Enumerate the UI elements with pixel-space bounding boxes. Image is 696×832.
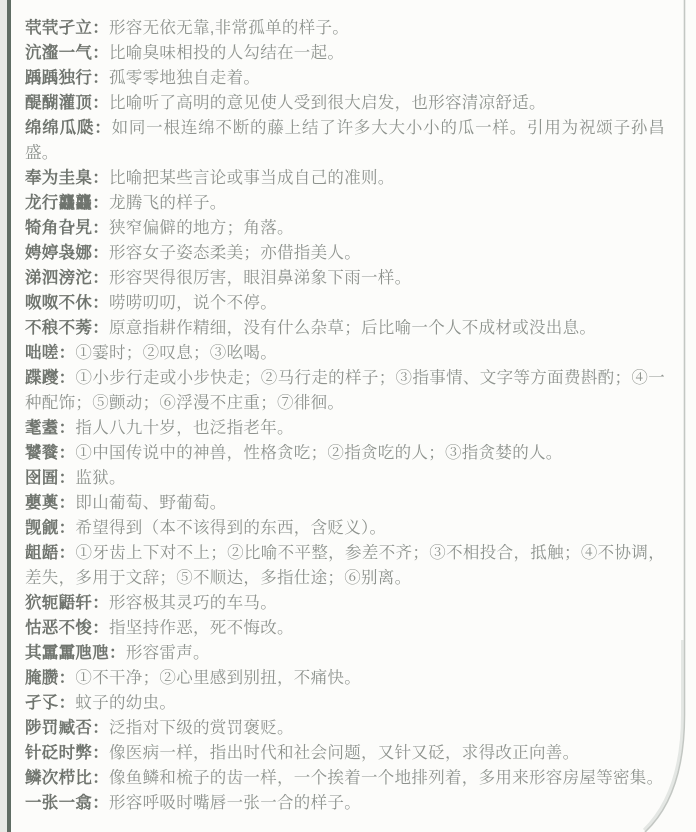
glossary-entry: 觊觎：希望得到（本不该得到的东西，含贬义）。 — [25, 516, 665, 541]
entry-term: 呶呶不休： — [25, 294, 109, 312]
glossary-entry: 醍醐灌顶：比喻听了高明的意见使人受到很大启发，也形容清凉舒适。 — [25, 91, 665, 116]
glossary-entry: 针砭时弊：像医病一样，指出时代和社会问题，又针又砭，求得改正向善。 — [25, 741, 665, 766]
entry-term: 饕餮： — [25, 444, 75, 462]
entry-definition: 指人八九十岁，也泛指老年。 — [75, 419, 293, 437]
entry-definition: 形容呼吸时嘴唇一张一合的样子。 — [109, 794, 361, 812]
left-margin-strip — [0, 0, 7, 832]
entry-definition: 狭窄偏僻的地方；角落。 — [109, 219, 294, 237]
glossary-entry: 耄耋：指人八九十岁，也泛指老年。 — [25, 416, 665, 441]
entry-term: 醍醐灌顶： — [25, 94, 109, 112]
entry-definition: 形容无依无靠,非常孤单的样子。 — [109, 19, 349, 37]
glossary-entry: 呶呶不休：唠唠叨叨，说个不停。 — [25, 291, 665, 316]
glossary-entry: 囹圄：监狱。 — [25, 466, 665, 491]
entry-term: 踽踽独行： — [25, 69, 109, 87]
glossary-entry: 饕餮：①中国传说中的神兽，性格贪吃；②指贪吃的人；③指贪婪的人。 — [25, 441, 665, 466]
glossary-entry: 不稂不莠：原意指耕作精细，没有什么杂草；后比喻一个人不成材或没出息。 — [25, 316, 665, 341]
entry-definition: 像医病一样，指出时代和社会问题，又针又砭，求得改正向善。 — [109, 744, 579, 762]
glossary-page: 茕茕孑立：形容无依无靠,非常孤单的样子。沆瀣一气：比喻臭味相投的人勾结在一起。踽… — [11, 0, 696, 832]
entry-definition: 比喻把某些言论或事当成自己的准则。 — [109, 169, 395, 187]
glossary-entry: 怙恶不悛：指坚持作恶，死不悔改。 — [25, 616, 665, 641]
entry-term: 孑孓： — [25, 694, 75, 712]
glossary-entry: 狖轭鼯轩：形容极其灵巧的车马。 — [25, 591, 665, 616]
entry-definition: ①小步行走或小步快走；②马行走的样子；③指事情、文字等方面费斟酌；④一种配饰；⑤… — [25, 369, 665, 412]
entry-term: 犄角旮旯： — [25, 219, 109, 237]
entry-term: 蹀躞： — [25, 369, 76, 387]
screenshot-root: 茕茕孑立：形容无依无靠,非常孤单的样子。沆瀣一气：比喻臭味相投的人勾结在一起。踽… — [0, 0, 696, 832]
glossary-entry: 奉为圭臬：比喻把某些言论或事当成自己的准则。 — [25, 166, 665, 191]
glossary-entry: 踽踽独行：孤零零地独自走着。 — [25, 66, 665, 91]
entry-definition: ①牙齿上下对不上；②比喻不平整，参差不齐；③不相投合，抵触；④不协调，差失，多用… — [25, 544, 665, 587]
entry-definition: 原意指耕作精细，没有什么杂草；后比喻一个人不成材或没出息。 — [109, 319, 596, 337]
glossary-entry: 涕泗滂沱：形容哭得很厉害，眼泪鼻涕象下雨一样。 — [25, 266, 665, 291]
entry-term: 奉为圭臬： — [25, 169, 109, 187]
entry-definition: 泛指对下级的赏罚褒贬。 — [109, 719, 294, 737]
entry-term: 沆瀣一气： — [25, 44, 109, 62]
entry-definition: 形容极其灵巧的车马。 — [109, 594, 277, 612]
entry-term: 茕茕孑立： — [25, 19, 109, 37]
entry-term: 觊觎： — [25, 519, 75, 537]
entry-term: 不稂不莠： — [25, 319, 109, 337]
glossary-entry: 陟罚臧否：泛指对下级的赏罚褒贬。 — [25, 716, 665, 741]
entry-definition: 孤零零地独自走着。 — [109, 69, 260, 87]
glossary-entry: 龃龉：①牙齿上下对不上；②比喻不平整，参差不齐；③不相投合，抵触；④不协调，差失… — [25, 541, 665, 591]
entry-term: 龃龉： — [25, 544, 76, 562]
entry-term: 鳞次栉比： — [25, 769, 109, 787]
entry-definition: 希望得到（本不该得到的东西，含贬义）。 — [75, 519, 386, 537]
glossary-entry: 咄嗟：①霎时；②叹息；③吆喝。 — [25, 341, 665, 366]
entry-term: 耄耋： — [25, 419, 75, 437]
entry-definition: ①中国传说中的神兽，性格贪吃；②指贪吃的人；③指贪婪的人。 — [75, 444, 562, 462]
entry-definition: ①不干净；②心里感到别扭，不痛快。 — [75, 669, 361, 687]
glossary-entry: 一张一翕：形容呼吸时嘴唇一张一合的样子。 — [25, 791, 665, 816]
glossary-list: 茕茕孑立：形容无依无靠,非常孤单的样子。沆瀣一气：比喻臭味相投的人勾结在一起。踽… — [25, 16, 665, 816]
entry-term: 蘡薁： — [25, 494, 75, 512]
glossary-entry: 犄角旮旯：狭窄偏僻的地方；角落。 — [25, 216, 665, 241]
glossary-entry: 沆瀣一气：比喻臭味相投的人勾结在一起。 — [25, 41, 665, 66]
glossary-entry: 孑孓：蚊子的幼虫。 — [25, 691, 665, 716]
entry-definition: ①霎时；②叹息；③吆喝。 — [75, 344, 277, 362]
entry-term: 囹圄： — [25, 469, 75, 487]
entry-term: 陟罚臧否： — [25, 719, 109, 737]
entry-term: 娉婷袅娜： — [25, 244, 109, 262]
entry-definition: 龙腾飞的样子。 — [109, 194, 227, 212]
entry-term: 怙恶不悛： — [25, 619, 109, 637]
glossary-entry: 蘡薁：即山葡萄、野葡萄。 — [25, 491, 665, 516]
glossary-entry: 茕茕孑立：形容无依无靠,非常孤单的样子。 — [25, 16, 665, 41]
entry-term: 针砭时弊： — [25, 744, 109, 762]
glossary-entry: 蹀躞：①小步行走或小步快走；②马行走的样子；③指事情、文字等方面费斟酌；④一种配… — [25, 366, 665, 416]
entry-term: 狖轭鼯轩： — [25, 594, 109, 612]
glossary-entry: 绵绵瓜瓞：如同一根连绵不断的藤上结了许多大大小小的瓜一样。引用为祝颂子孙昌盛。 — [25, 116, 665, 166]
entry-definition: 形容女子姿态柔美；亦借指美人。 — [109, 244, 361, 262]
entry-definition: 形容雷声。 — [126, 644, 210, 662]
entry-definition: 监狱。 — [75, 469, 125, 487]
entry-term: 其靁靁虺虺： — [25, 644, 126, 662]
entry-definition: 像鱼鳞和梳子的齿一样，一个挨着一个地排列着，多用来形容房屋等密集。 — [109, 769, 663, 787]
entry-definition: 比喻臭味相投的人勾结在一起。 — [109, 44, 344, 62]
glossary-entry: 其靁靁虺虺：形容雷声。 — [25, 641, 665, 666]
entry-term: 一张一翕： — [25, 794, 109, 812]
entry-term: 龙行龘龘： — [25, 194, 109, 212]
glossary-entry: 娉婷袅娜：形容女子姿态柔美；亦借指美人。 — [25, 241, 665, 266]
entry-definition: 形容哭得很厉害，眼泪鼻涕象下雨一样。 — [109, 269, 411, 287]
entry-term: 腌臜： — [25, 669, 75, 687]
entry-definition: 唠唠叨叨，说个不停。 — [109, 294, 277, 312]
entry-definition: 如同一根连绵不断的藤上结了许多大大小小的瓜一样。引用为祝颂子孙昌盛。 — [25, 119, 665, 162]
glossary-entry: 腌臜：①不干净；②心里感到别扭，不痛快。 — [25, 666, 665, 691]
entry-definition: 蚊子的幼虫。 — [75, 694, 176, 712]
glossary-entry: 龙行龘龘：龙腾飞的样子。 — [25, 191, 665, 216]
entry-term: 咄嗟： — [25, 344, 75, 362]
entry-term: 绵绵瓜瓞： — [25, 119, 112, 137]
entry-definition: 即山葡萄、野葡萄。 — [75, 494, 226, 512]
glossary-entry: 鳞次栉比：像鱼鳞和梳子的齿一样，一个挨着一个地排列着，多用来形容房屋等密集。 — [25, 766, 665, 791]
entry-term: 涕泗滂沱： — [25, 269, 109, 287]
entry-definition: 比喻听了高明的意见使人受到很大启发，也形容清凉舒适。 — [109, 94, 546, 112]
entry-definition: 指坚持作恶，死不悔改。 — [109, 619, 294, 637]
